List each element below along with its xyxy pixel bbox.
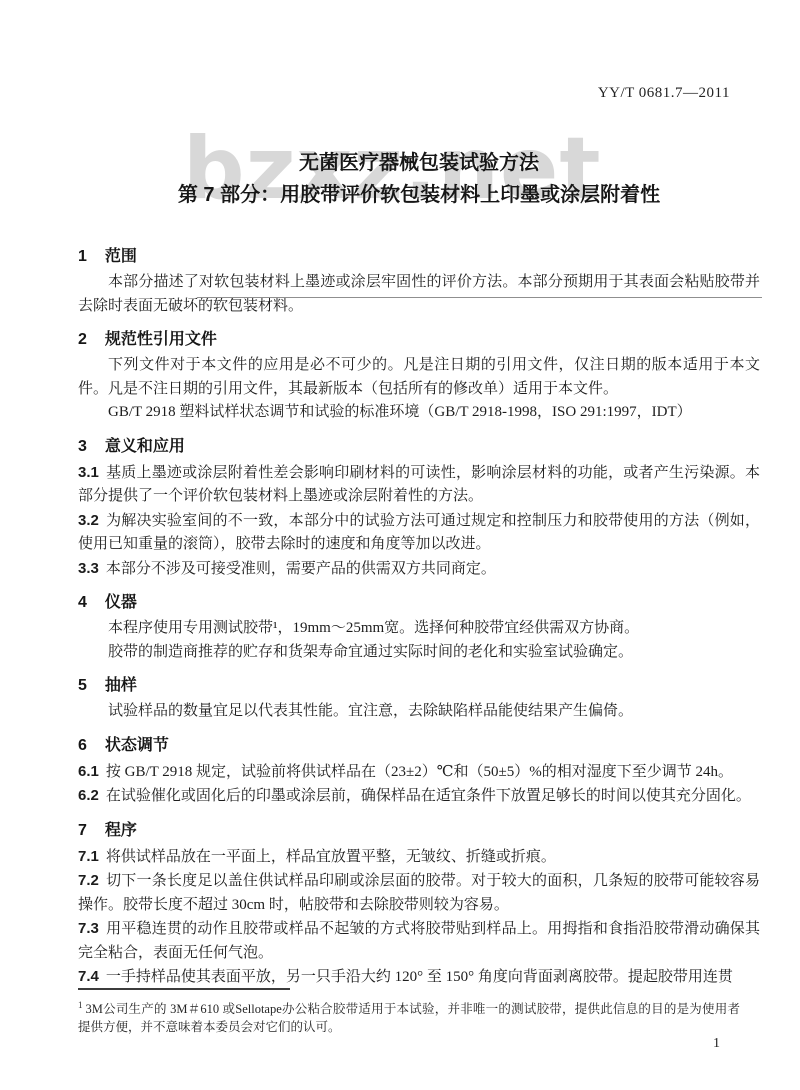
clause-paragraph: 7.1将供试样品放在一平面上，样品宜放置平整，无皱纹、折缝或折痕。 <box>78 845 760 870</box>
section-number: 4 <box>78 594 87 611</box>
clause-paragraph: 3.2为解决实验室间的不一致，本部分中的试验方法可通过规定和控制压力和胶带使用的… <box>78 509 760 557</box>
clause-text: 一手持样品使其表面平放，另一只手沿大约 120° 至 150° 角度向背面剥离胶… <box>106 969 733 985</box>
clause-paragraph: 7.4一手持样品使其表面平放，另一只手沿大约 120° 至 150° 角度向背面… <box>78 965 760 990</box>
section-heading-conditioning: 6状态调节 <box>78 737 760 755</box>
section-title: 规范性引用文件 <box>105 331 217 348</box>
clause-text: 切下一条长度足以盖住供试样品印刷或涂层面的胶带。对于较大的面积，几条短的胶带可能… <box>78 873 760 913</box>
section-title: 抽样 <box>105 677 137 694</box>
section-heading-significance: 3意义和应用 <box>78 438 760 456</box>
footnote: 13M公司生产的 3M＃610 或Sellotape办公粘合胶带适用于本试验，并… <box>78 997 740 1036</box>
clause-paragraph: 6.1按 GB/T 2918 规定，试验前将供试样品在（23±2）℃和（50±5… <box>78 760 760 785</box>
section-number: 1 <box>78 248 87 265</box>
section-number: 5 <box>78 677 87 694</box>
clause-number: 7.4 <box>78 968 99 985</box>
scan-artifact-line <box>197 297 762 298</box>
clause-paragraph: 3.1基质上墨迹或涂层附着性差会影响印刷材料的可读性，影响涂层材料的功能，或者产… <box>78 461 760 509</box>
section-title: 范围 <box>105 248 137 265</box>
footnote-text: 3M公司生产的 3M＃610 或Sellotape办公粘合胶带适用于本试验，并非… <box>78 1002 740 1034</box>
section-number: 7 <box>78 822 87 839</box>
paragraph: 下列文件对于本文件的应用是必不可少的。凡是注日期的引用文件，仅注日期的版本适用于… <box>78 354 760 401</box>
clause-paragraph: 7.2切下一条长度足以盖住供试样品印刷或涂层面的胶带。对于较大的面积，几条短的胶… <box>78 869 760 917</box>
footnote-marker: 1 <box>78 1000 83 1010</box>
clause-number: 7.1 <box>78 848 99 865</box>
section-number: 2 <box>78 331 87 348</box>
section-number: 3 <box>78 438 87 455</box>
page-number: 1 <box>713 1036 720 1052</box>
paragraph: 本程序使用专用测试胶带¹，19mm～25mm宽。选择何种胶带宜经供需双方协商。 <box>78 617 760 641</box>
section-number: 6 <box>78 737 87 754</box>
clause-text: 本部分不涉及可接受准则，需要产品的供需双方共同商定。 <box>106 561 496 577</box>
clause-text: 基质上墨迹或涂层附着性差会影响印刷材料的可读性，影响涂层材料的功能，或者产生污染… <box>78 465 760 505</box>
paragraph-reference: GB/T 2918 塑料试样状态调节和试验的标准环境（GB/T 2918-199… <box>78 401 760 425</box>
clause-number: 7.3 <box>78 920 99 937</box>
section-title: 程序 <box>105 822 137 839</box>
document-page: bzxz.net YY/T 0681.7—2011 无菌医疗器械包装试验方法 第… <box>0 0 800 1090</box>
section-heading-apparatus: 4仪器 <box>78 594 760 612</box>
clause-number: 6.2 <box>78 787 99 804</box>
paragraph: 胶带的制造商推荐的贮存和货架寿命宜通过实际时间的老化和实验室试验确定。 <box>78 641 760 665</box>
clause-number: 3.2 <box>78 512 99 529</box>
section-heading-normative-references: 2规范性引用文件 <box>78 331 760 349</box>
document-title-line2: 第 7 部分：用胶带评价软包装材料上印墨或涂层附着性 <box>78 178 760 212</box>
clause-paragraph: 3.3本部分不涉及可接受准则，需要产品的供需双方共同商定。 <box>78 557 760 582</box>
section-title: 仪器 <box>105 594 137 611</box>
section-heading-sampling: 5抽样 <box>78 677 760 695</box>
clause-text: 为解决实验室间的不一致，本部分中的试验方法可通过规定和控制压力和胶带使用的方法（… <box>78 513 760 553</box>
section-heading-procedure: 7程序 <box>78 822 760 840</box>
clause-paragraph: 6.2在试验催化或固化后的印墨或涂层前，确保样品在适宜条件下放置足够长的时间以使… <box>78 784 760 809</box>
clause-paragraph: 7.3用平稳连贯的动作且胶带或样品不起皱的方式将胶带贴到样品上。用拇指和食指沿胶… <box>78 917 760 965</box>
clause-text: 在试验催化或固化后的印墨或涂层前，确保样品在适宜条件下放置足够长的时间以使其充分… <box>106 788 751 804</box>
document-title-line1: 无菌医疗器械包装试验方法 <box>78 148 760 178</box>
clause-text: 用平稳连贯的动作且胶带或样品不起皱的方式将胶带贴到样品上。用拇指和食指沿胶带滑动… <box>78 921 760 961</box>
page-content: YY/T 0681.7—2011 无菌医疗器械包装试验方法 第 7 部分：用胶带… <box>0 0 800 990</box>
clause-number: 3.1 <box>78 464 99 481</box>
section-title: 状态调节 <box>105 737 169 754</box>
paragraph: 本部分描述了对软包装材料上墨迹或涂层牢固性的评价方法。本部分预期用于其表面会粘贴… <box>78 271 760 318</box>
clause-number: 3.3 <box>78 560 99 577</box>
footnote-separator <box>78 988 290 990</box>
clause-text: 按 GB/T 2918 规定，试验前将供试样品在（23±2）℃和（50±5）%的… <box>106 764 733 780</box>
paragraph: 试验样品的数量宜足以代表其性能。宜注意，去除缺陷样品能使结果产生偏倚。 <box>78 700 760 724</box>
section-title: 意义和应用 <box>105 438 185 455</box>
standard-code: YY/T 0681.7—2011 <box>78 84 760 102</box>
clause-number: 6.1 <box>78 763 99 780</box>
clause-text: 将供试样品放在一平面上，样品宜放置平整，无皱纹、折缝或折痕。 <box>106 849 556 865</box>
clause-number: 7.2 <box>78 872 99 889</box>
section-heading-scope: 1范围 <box>78 248 760 266</box>
